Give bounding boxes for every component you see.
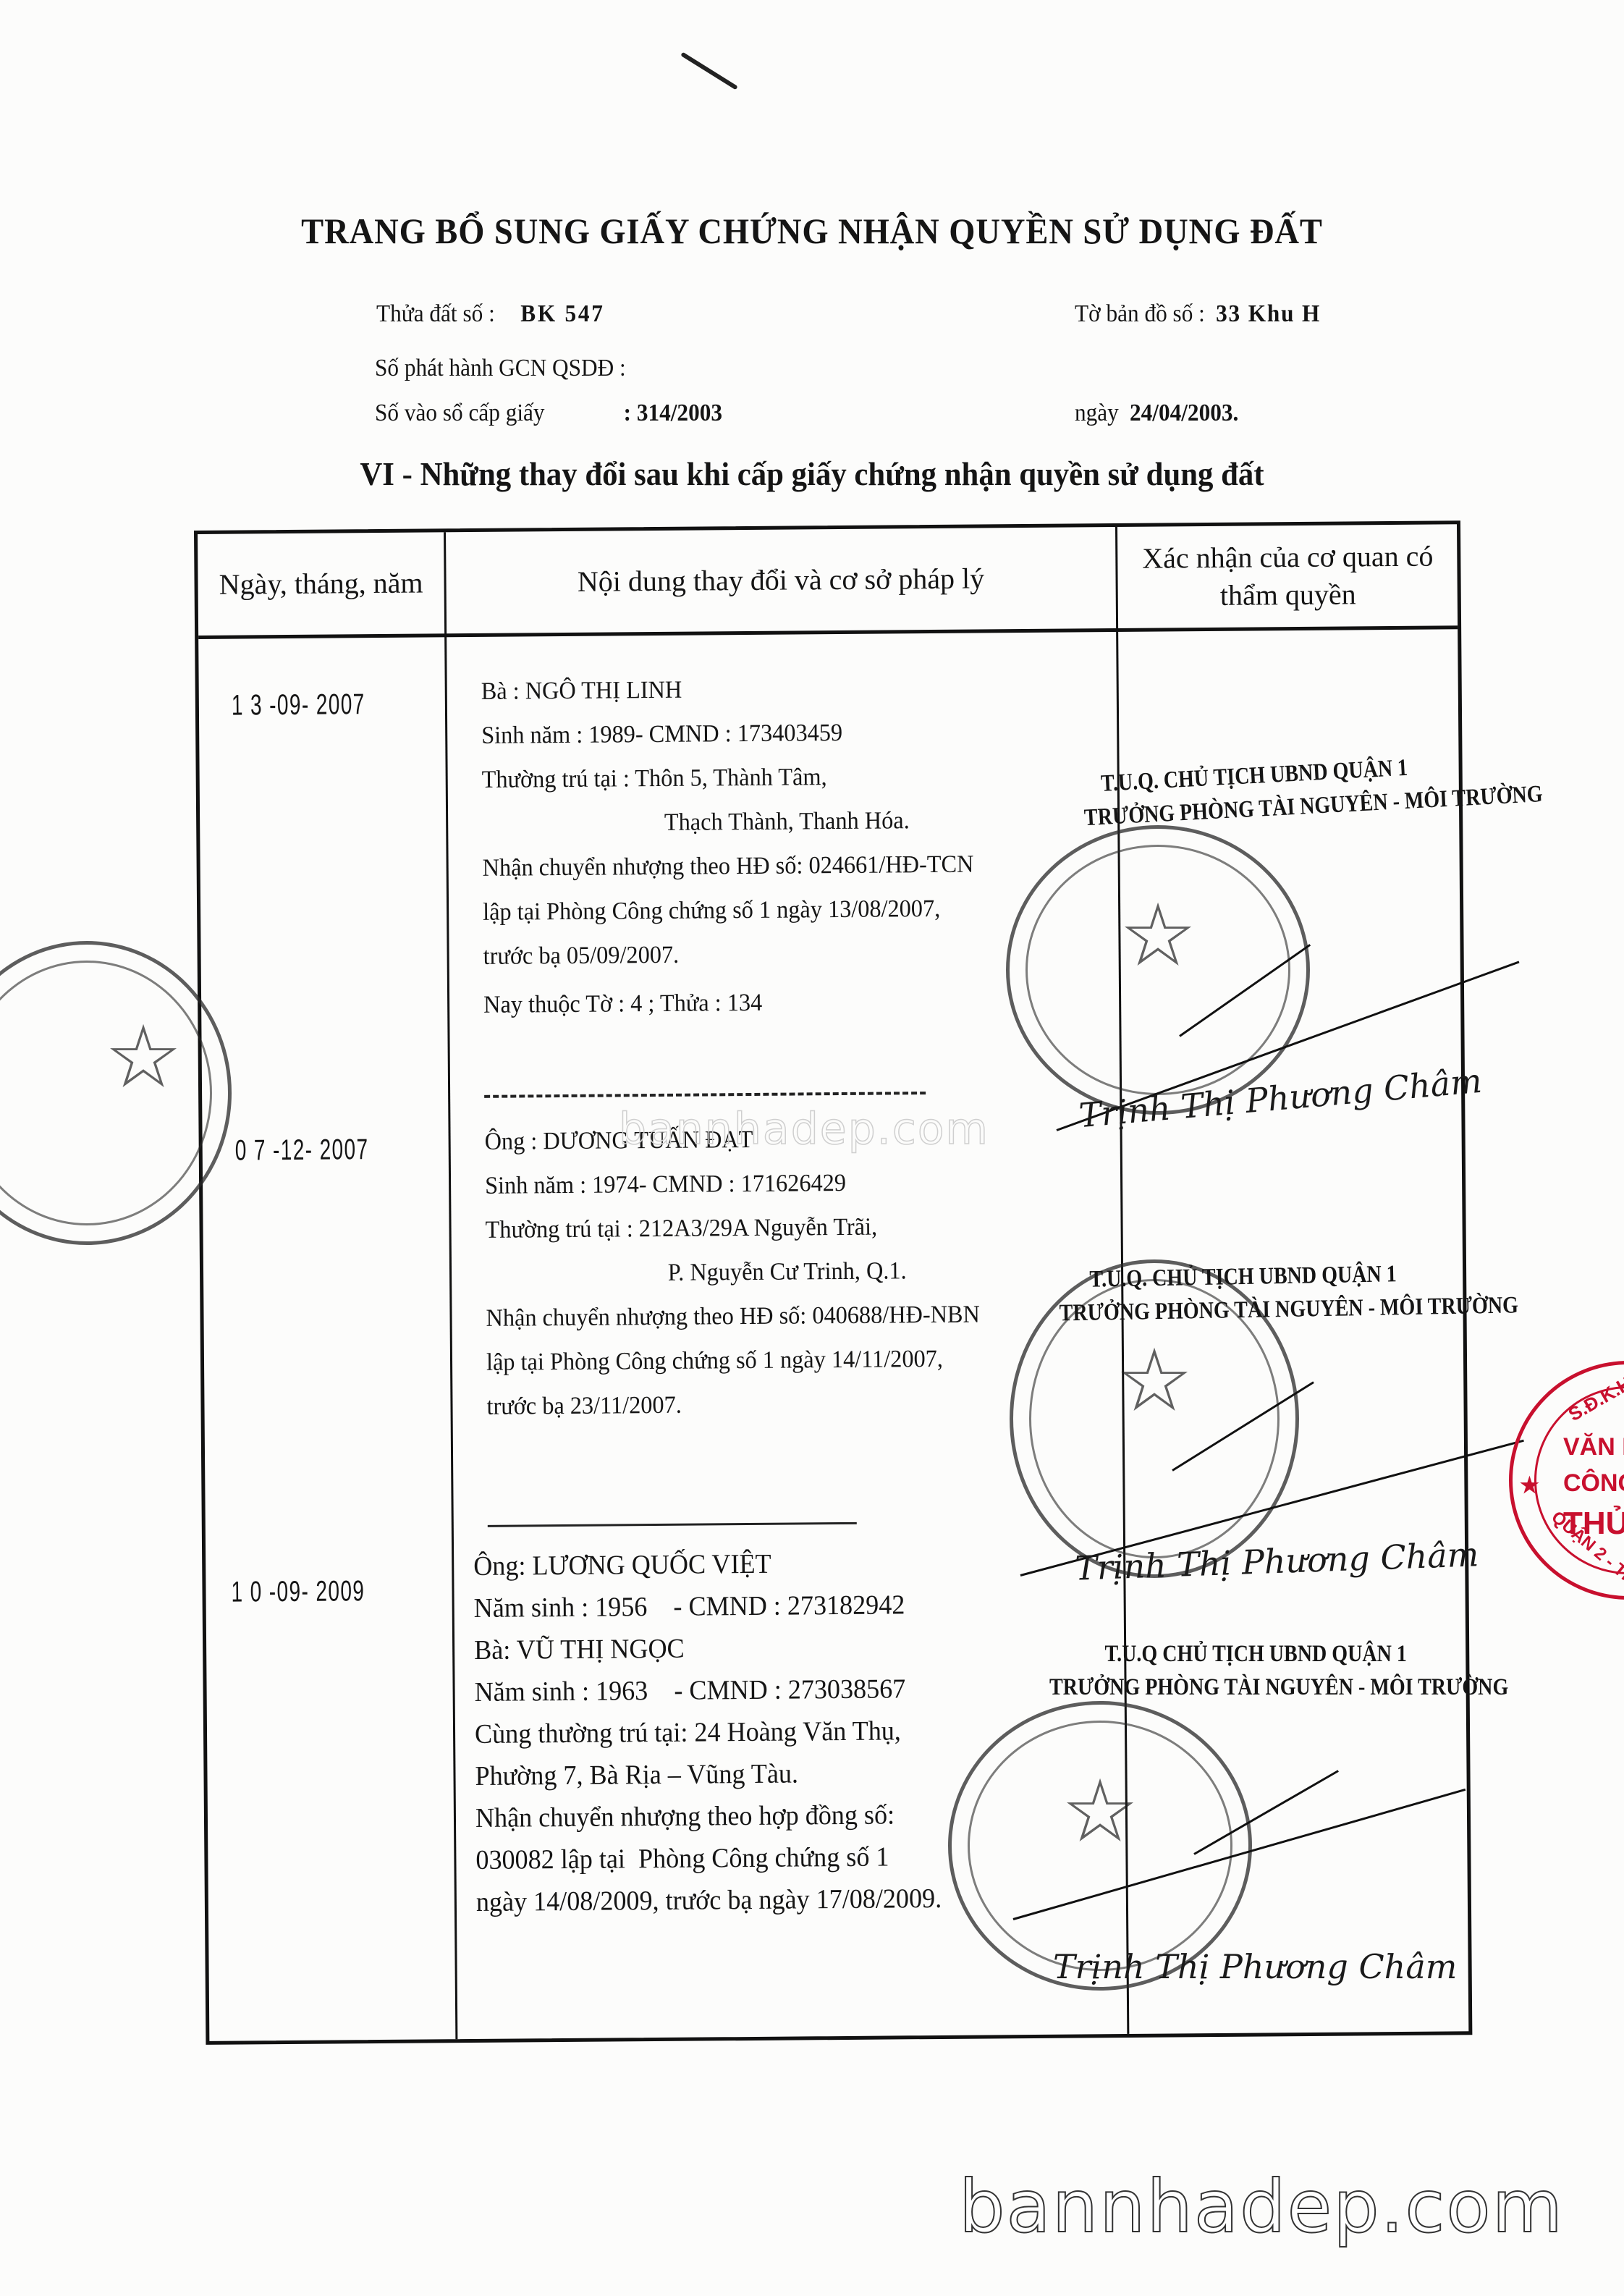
row-date: 1 3 -09- 2007 <box>232 688 365 722</box>
district-seal: ☆ <box>1006 825 1310 1115</box>
issue-no-field: Số phát hành GCN QSDĐ : <box>375 355 626 382</box>
document-title: TRANG BỔ SUNG GIẤY CHỨNG NHẬN QUYỀN SỬ D… <box>57 210 1568 252</box>
register-label: Số vào sổ cấp giấy <box>375 400 545 426</box>
watermark: bannhadep.com <box>959 2164 1564 2249</box>
entry-line: 030082 lập tại Phòng Công chứng số 1 <box>475 1836 942 1881</box>
authority-office: TRƯỞNG PHÒNG TÀI NGUYÊN - MÔI TRƯỜNG <box>1049 1671 1508 1704</box>
star-icon: ☆ <box>104 1007 182 1107</box>
row-date: 0 7 -12- 2007 <box>235 1134 369 1167</box>
scratch-mark <box>680 52 738 90</box>
entry-line: Ông: LƯƠNG QUỐC VIỆT <box>473 1542 939 1587</box>
red-star-icon: ★ <box>1520 1473 1539 1498</box>
header-date: Ngày, tháng, năm <box>198 532 444 636</box>
issue-no-label: Số phát hành GCN QSDĐ : <box>375 355 626 381</box>
register-date-label: ngày <box>1075 400 1119 426</box>
entry-line: P. Nguyễn Cư Trinh, Q.1. <box>486 1249 980 1296</box>
red-seal-line: CÔNG C <box>1563 1469 1624 1498</box>
entry-line: Bà : NGÔ THỊ LINH <box>481 666 973 714</box>
map-sheet-label: Tờ bản đồ số : <box>1075 300 1205 327</box>
entry-line: Năm sinh : 1963 - CMND : 273038567 <box>474 1668 940 1713</box>
watermark-faint: bannhadep.com <box>619 1104 989 1155</box>
register-value: : 314/2003 <box>624 400 722 426</box>
entry-separator <box>488 1522 857 1527</box>
entry-line: Sinh năm : 1989- CMND : 173403459 <box>481 710 973 758</box>
entry-line: Cùng thường trú tại: 24 Hoàng Văn Thụ, <box>475 1710 941 1755</box>
entry-line: Sinh năm : 1974- CMND : 171626429 <box>485 1160 979 1208</box>
authority-title: T.U.Q CHỦ TỊCH UBND QUẬN 1 <box>1049 1637 1508 1671</box>
register-field: Số vào sổ cấp giấy : 314/2003 <box>375 400 722 427</box>
section-title: VI - Những thay đổi sau khi cấp giấy chứ… <box>57 455 1568 493</box>
entry-line: Năm sinh : 1956 - CMND : 273182942 <box>473 1584 939 1629</box>
parcel-value: BK 547 <box>520 300 604 327</box>
signer-name: Trịnh Thị Phương Châm <box>1053 1947 1457 1986</box>
star-icon: ☆ <box>1115 1331 1193 1432</box>
table-row-entry: Bà : NGÔ THỊ LINH Sinh năm : 1989- CMND … <box>481 666 976 1027</box>
register-date-field: ngày 24/04/2003. <box>1075 400 1238 427</box>
entry-line: trước bạ 05/09/2007. <box>483 931 974 979</box>
entry-line: Nhận chuyển nhượng theo HĐ số: 040688/HĐ… <box>486 1293 980 1341</box>
parcel-label: Thửa đất số : <box>376 300 495 327</box>
entry-line: Nhận chuyển nhượng theo HĐ số: 024661/HĐ… <box>482 843 973 890</box>
entry-line: Thường trú tại : 212A3/29A Nguyễn Trãi, <box>485 1204 979 1252</box>
entry-line: lập tại Phòng Công chứng số 1 ngày 14/11… <box>486 1337 981 1385</box>
entry-line: Phường 7, Bà Rịa – Vũng Tàu. <box>475 1752 941 1797</box>
table-row-entry: Ông : DƯƠNG TUẤN ĐẠT Sinh năm : 1974- CM… <box>484 1116 981 1429</box>
entry-line: Nay thuộc Tờ : 4 ; Thửa : 134 <box>483 979 975 1027</box>
row-date: 1 0 -09- 2009 <box>231 1575 365 1608</box>
header-content: Nội dung thay đổi và cơ sở pháp lý <box>446 527 1116 633</box>
red-seal-line: VĂN P <box>1563 1433 1624 1461</box>
register-date-value: 24/04/2003. <box>1130 400 1238 426</box>
entry-line: ngày 14/08/2009, trước bạ ngày 17/08/200… <box>476 1878 942 1923</box>
map-sheet-value: 33 Khu H <box>1216 300 1321 327</box>
entry-line: Thạch Thành, Thanh Hóa. <box>482 798 973 846</box>
entry-line: Bà: VŨ THỊ NGỌC <box>474 1626 940 1671</box>
table-row-entry: Ông: LƯƠNG QUỐC VIỆT Năm sinh : 1956 - C… <box>473 1542 942 1923</box>
column-divider <box>444 532 457 2039</box>
notary-red-seal: S.Đ.K.H.Đ:4 VĂN P CÔNG C THỦ T ★ QUẬN 2 … <box>1509 1361 1624 1600</box>
authority-block: T.U.Q. CHỦ TỊCH UBND QUẬN 1 TRƯỞNG PHÒNG… <box>1077 1255 1518 1330</box>
authority-block: T.U.Q CHỦ TỊCH UBND QUẬN 1 TRƯỞNG PHÒNG … <box>1049 1637 1508 1704</box>
entry-line: Thường trú tại : Thôn 5, Thành Tâm, <box>481 754 973 802</box>
entry-line: trước bạ 23/11/2007. <box>486 1381 981 1429</box>
star-icon: ☆ <box>1061 1762 1139 1862</box>
entry-line: Nhận chuyển nhượng theo hợp đồng số: <box>475 1794 942 1839</box>
star-icon: ☆ <box>1119 886 1197 987</box>
entry-separator <box>484 1092 926 1098</box>
parcel-field: Thửa đất số : BK 547 <box>376 300 605 328</box>
entry-line: lập tại Phòng Công chứng số 1 ngày 13/08… <box>483 887 974 934</box>
map-sheet-field: Tờ bản đồ số : 33 Khu H <box>1075 300 1321 328</box>
header-authority: Xác nhận của cơ quan có thẩm quyền <box>1117 524 1458 628</box>
